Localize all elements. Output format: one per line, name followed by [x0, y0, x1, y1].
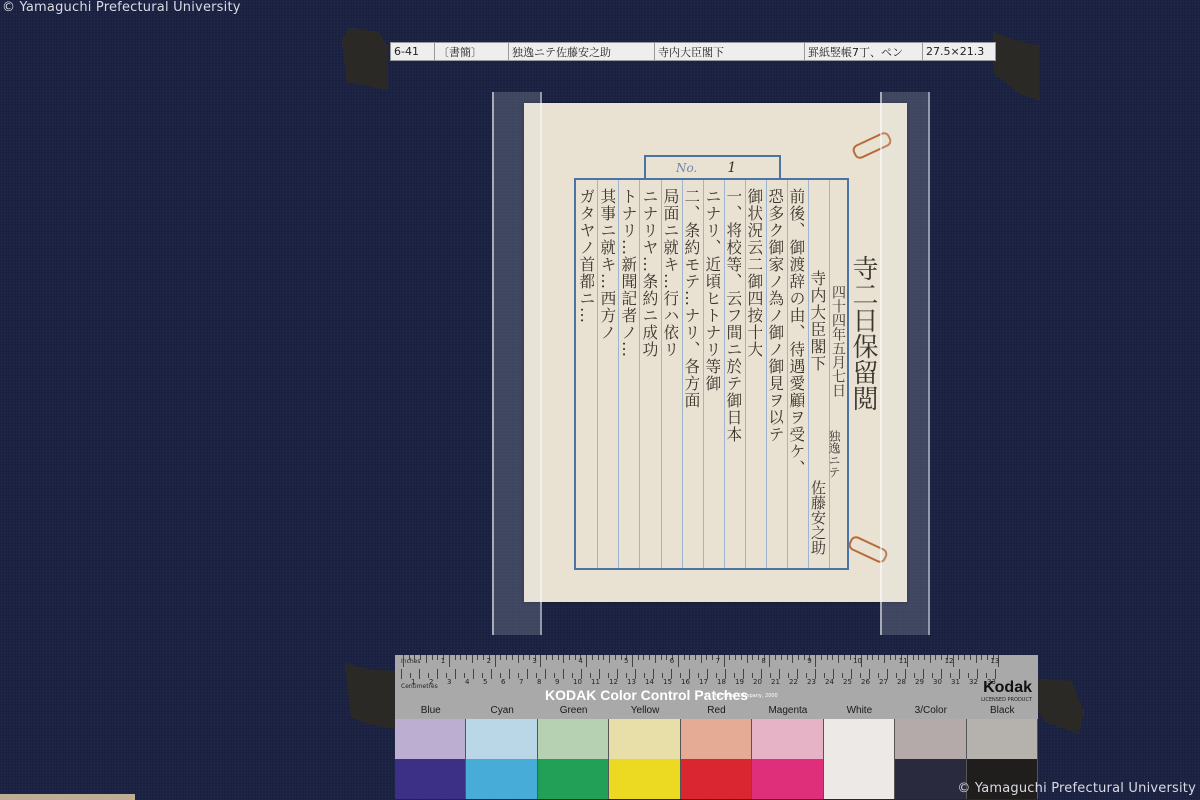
ruler-tick	[592, 655, 593, 660]
patch-dark	[609, 759, 679, 799]
ruler-tick	[689, 655, 690, 660]
ruler-tick	[821, 655, 822, 660]
ruler-tick	[666, 655, 667, 660]
ruler-tick	[661, 655, 662, 660]
ruler-tick	[678, 655, 679, 667]
patch-label: Cyan	[466, 705, 537, 716]
ruler-tick	[832, 655, 833, 660]
ruler-tick	[747, 655, 748, 663]
letter-column: ニナリヤ…条約ニ成功	[641, 188, 657, 563]
cm-mark: 12	[609, 678, 618, 686]
letter-column: 一、将校等、云フ間ニ於テ御日本	[725, 188, 741, 563]
cm-mark: 25	[843, 678, 852, 686]
letter-column: ガタヤノ首都ニ…	[578, 188, 594, 563]
letter-column: ニナリ、近頃ヒトナリ等御	[704, 188, 720, 563]
patch-red	[681, 719, 752, 799]
tape-top-right	[993, 32, 1039, 100]
ruler-tick	[827, 655, 828, 660]
cm-mark: 13	[627, 678, 636, 686]
inch-mark: 7	[716, 657, 720, 665]
inch-mark: 11	[899, 657, 908, 665]
patch-light	[681, 719, 751, 759]
ruler-tick	[449, 655, 450, 667]
inch-mark: 9	[807, 657, 811, 665]
ruler-tick	[506, 655, 507, 660]
sender-signature: 佐藤安之助	[808, 480, 829, 580]
ruler-tick	[638, 655, 639, 660]
ruler-tick	[850, 655, 851, 660]
patch-labels: Blue Cyan Green Yellow Red Magenta White…	[395, 705, 1038, 716]
patch-label: White	[824, 705, 895, 716]
ruler-tick	[500, 655, 501, 660]
ruler-tick	[775, 655, 776, 660]
acrylic-holder-right	[880, 92, 930, 635]
cm-mark: 32	[969, 678, 978, 686]
patch-white	[824, 719, 895, 799]
ruler-tick	[649, 655, 650, 660]
copyright-watermark-bottom: © Yamaguchi Prefectural University	[957, 781, 1196, 796]
ruler-tick	[598, 655, 599, 660]
ruler-tick	[706, 655, 707, 660]
ruler-tick	[913, 655, 914, 660]
patch-label: 3/Color	[895, 705, 966, 716]
cm-mark: 5	[483, 678, 487, 686]
ruler-tick	[546, 655, 547, 660]
ruler-tick	[872, 655, 873, 660]
letter-date: 四十四年五月七日	[828, 285, 848, 435]
inch-mark: 6	[670, 657, 674, 665]
ruler-tick	[792, 655, 793, 663]
ruler-tick	[924, 655, 925, 660]
ruler-tick	[569, 655, 570, 660]
ruler-tick	[586, 655, 587, 667]
ruler-tick	[518, 655, 519, 663]
cm-mark: 27	[879, 678, 888, 686]
ruler-tick	[769, 655, 770, 667]
ruler-tick	[477, 655, 478, 660]
patch-green	[538, 719, 609, 799]
patch-light	[609, 719, 679, 759]
cm-mark: 16	[681, 678, 690, 686]
licensed-product-text: LICENSED PRODUCT	[981, 697, 1032, 703]
ruler-tick	[918, 655, 919, 660]
ruler-tick	[552, 655, 553, 660]
ruler-tick	[527, 669, 528, 679]
label-addressee: 寺内大臣閣下	[655, 43, 805, 60]
patch-light	[538, 719, 608, 759]
ruler-tick	[483, 655, 484, 660]
patch-light	[466, 719, 536, 759]
cm-mark: 18	[717, 678, 726, 686]
patch-light	[752, 719, 822, 759]
cm-mark: 30	[933, 678, 942, 686]
ruler-tick	[563, 669, 564, 679]
ruler-tick	[466, 655, 467, 660]
ruler-tick	[735, 655, 736, 660]
cm-mark: 3	[447, 678, 451, 686]
patch-label: Black	[967, 705, 1038, 716]
cm-mark: 9	[555, 678, 559, 686]
ruler-tick	[455, 655, 456, 660]
patch-cyan	[466, 719, 537, 799]
ruler-tick	[895, 655, 896, 660]
ruler-tick	[540, 655, 541, 667]
ruler-tick	[987, 655, 988, 660]
letter-column: トナリ…新聞記者ノ…	[620, 188, 636, 563]
patch-label: Yellow	[609, 705, 680, 716]
kodak-logo: Kodak	[983, 679, 1032, 697]
acrylic-holder-left	[492, 92, 542, 635]
cm-mark: 7	[519, 678, 523, 686]
inch-mark: 13	[990, 657, 999, 665]
patch-label: Red	[681, 705, 752, 716]
ruler-tick	[655, 655, 656, 663]
patch-dark	[681, 759, 751, 799]
ruler-tick	[420, 655, 421, 660]
ruler-tick	[844, 655, 845, 660]
ruler-tick	[781, 655, 782, 660]
inch-mark: 8	[761, 657, 765, 665]
letter-column: 其事ニ就キ…西方ノ	[599, 188, 615, 563]
ruler-tick	[643, 655, 644, 660]
cm-mark: 31	[951, 678, 960, 686]
ruler-tick	[930, 655, 931, 663]
ruler-tick	[403, 655, 404, 667]
patch-dark	[395, 759, 465, 799]
cm-mark: 26	[861, 678, 870, 686]
ruler-tick	[878, 655, 879, 660]
ruler-tick	[437, 669, 438, 679]
ruler-tick	[838, 655, 839, 663]
patch-blue	[395, 719, 466, 799]
ruler-tick	[684, 655, 685, 660]
letter-column: 恐多ク御家ノ為ノ御ノ御見ヲ以テ	[767, 188, 783, 563]
ruler-tick	[437, 655, 438, 660]
page-number: 1	[727, 160, 736, 176]
ruler-tick	[509, 669, 510, 679]
ruler-tick	[815, 655, 816, 667]
letter-column: 二、条約モテ…ナリ、各方面	[683, 188, 699, 563]
patch-yellow	[609, 719, 680, 799]
ruler-tick	[752, 655, 753, 660]
patch-label: Magenta	[752, 705, 823, 716]
ruler-tick	[529, 655, 530, 660]
patch-dark	[824, 759, 894, 799]
cm-mark: 4	[465, 678, 469, 686]
label-sender: 独逸ニテ佐藤安之助	[509, 43, 655, 60]
ruler-tick	[473, 669, 474, 679]
ruler-tick	[545, 669, 546, 679]
cm-mark: 14	[645, 678, 654, 686]
bottom-edge-strip	[0, 794, 135, 800]
ruler-tick	[609, 655, 610, 663]
inch-mark: 3	[532, 657, 536, 665]
ruler-tick	[741, 655, 742, 660]
patch-light	[967, 719, 1037, 759]
cm-mark: 6	[501, 678, 505, 686]
ruler-tick	[804, 655, 805, 660]
patch-3-color	[895, 719, 966, 799]
ruler-tick	[867, 655, 868, 660]
cm-mark: 23	[807, 678, 816, 686]
cm-mark: 29	[915, 678, 924, 686]
letter-column: 前後、御渡辞の由、待遇愛顧ヲ受ケ、	[788, 188, 804, 563]
ruler-tick	[884, 655, 885, 663]
ruler-tick	[632, 655, 633, 667]
kodak-color-chart: Inches Centimetres 123456789101112131234…	[395, 655, 1038, 799]
ruler-tick	[615, 655, 616, 660]
ruler-tick	[701, 655, 702, 663]
ruler-tick	[401, 669, 402, 679]
ruler-tick	[495, 655, 496, 667]
inch-mark: 2	[487, 657, 491, 665]
cm-mark: 22	[789, 678, 798, 686]
inch-mark: 5	[624, 657, 628, 665]
label-catalog-number: 6-41	[391, 43, 435, 60]
ruler-tick	[712, 655, 713, 660]
patch-dark	[895, 759, 965, 799]
patch-magenta	[752, 719, 823, 799]
cm-mark: 2	[429, 678, 433, 686]
ruler-tick	[964, 655, 965, 660]
ruler-tick	[981, 655, 982, 660]
ruler-tick	[798, 655, 799, 660]
ruler-tick	[414, 655, 415, 660]
inch-mark: 10	[853, 657, 862, 665]
cm-mark: 20	[753, 678, 762, 686]
patch-label: Blue	[395, 705, 466, 716]
ruler-tick	[455, 669, 456, 679]
cm-mark: 15	[663, 678, 672, 686]
inch-mark: 1	[441, 657, 445, 665]
color-patches	[395, 719, 1038, 799]
ruler-tick	[621, 655, 622, 660]
letter-column: 御状況云二御四按十大	[746, 188, 762, 563]
inch-mark: 4	[578, 657, 582, 665]
copyright-watermark-top: © Yamaguchi Prefectural University	[2, 0, 241, 15]
cm-mark: 11	[591, 678, 600, 686]
letter-column: 局面ニ就キ…行ハ依リ	[662, 188, 678, 563]
ruler-tick	[558, 655, 559, 660]
cm-mark: 17	[699, 678, 708, 686]
ruler-tick	[724, 655, 725, 667]
no-label: No.	[676, 161, 697, 175]
cm-mark: 8	[537, 678, 541, 686]
ruler-tick	[523, 655, 524, 660]
ruler-tick	[603, 655, 604, 660]
ruler-tick	[970, 655, 971, 660]
ruler-tick	[460, 655, 461, 660]
ruler-tick	[935, 655, 936, 660]
patch-light	[895, 719, 965, 759]
label-document-type: 〔書簡〕	[435, 43, 509, 60]
cm-mark: 10	[573, 678, 582, 686]
label-format: 罫紙竪帳7丁、ペン	[805, 43, 923, 60]
tape-top-left	[342, 28, 388, 90]
ruler-tick	[575, 655, 576, 660]
ruler-tick	[787, 655, 788, 660]
patch-dark	[538, 759, 608, 799]
inch-mark: 12	[945, 657, 954, 665]
catalog-label: 6-41 〔書簡〕 独逸ニテ佐藤安之助 寺内大臣閣下 罫紙竪帳7丁、ペン 27.…	[390, 42, 996, 61]
ruler-tick	[758, 655, 759, 660]
ruler-tick	[472, 655, 473, 663]
ruler-tick	[432, 655, 433, 660]
ruler-tick	[941, 655, 942, 660]
ruler-tick	[729, 655, 730, 660]
ruler-tick	[426, 655, 427, 663]
cm-mark: 1	[411, 678, 415, 686]
page-number-box: No.1	[644, 155, 781, 179]
ruler-tick	[512, 655, 513, 660]
ruler-tick	[695, 655, 696, 660]
ruler-tick	[890, 655, 891, 660]
cm-mark: 19	[735, 678, 744, 686]
patch-label: Green	[538, 705, 609, 716]
cm-mark: 21	[771, 678, 780, 686]
chart-copyright: © The Tiffen Company, 2000	[705, 693, 778, 699]
ruler-tick	[563, 655, 564, 663]
label-dimensions: 27.5×21.3	[923, 43, 995, 60]
letter-column: 寺内大臣閣下	[809, 270, 825, 390]
ruler-tick	[491, 669, 492, 679]
patch-light	[824, 719, 894, 759]
handwritten-annotation: 寺二日保留閲	[845, 255, 882, 425]
patch-dark	[466, 759, 536, 799]
patch-light	[395, 719, 465, 759]
ruler-tick	[419, 669, 420, 679]
patch-dark	[752, 759, 822, 799]
cm-mark: 28	[897, 678, 906, 686]
ruler-tick	[976, 655, 977, 663]
ruler-tick	[409, 655, 410, 660]
ruler-tick	[958, 655, 959, 660]
cm-mark: 24	[825, 678, 834, 686]
